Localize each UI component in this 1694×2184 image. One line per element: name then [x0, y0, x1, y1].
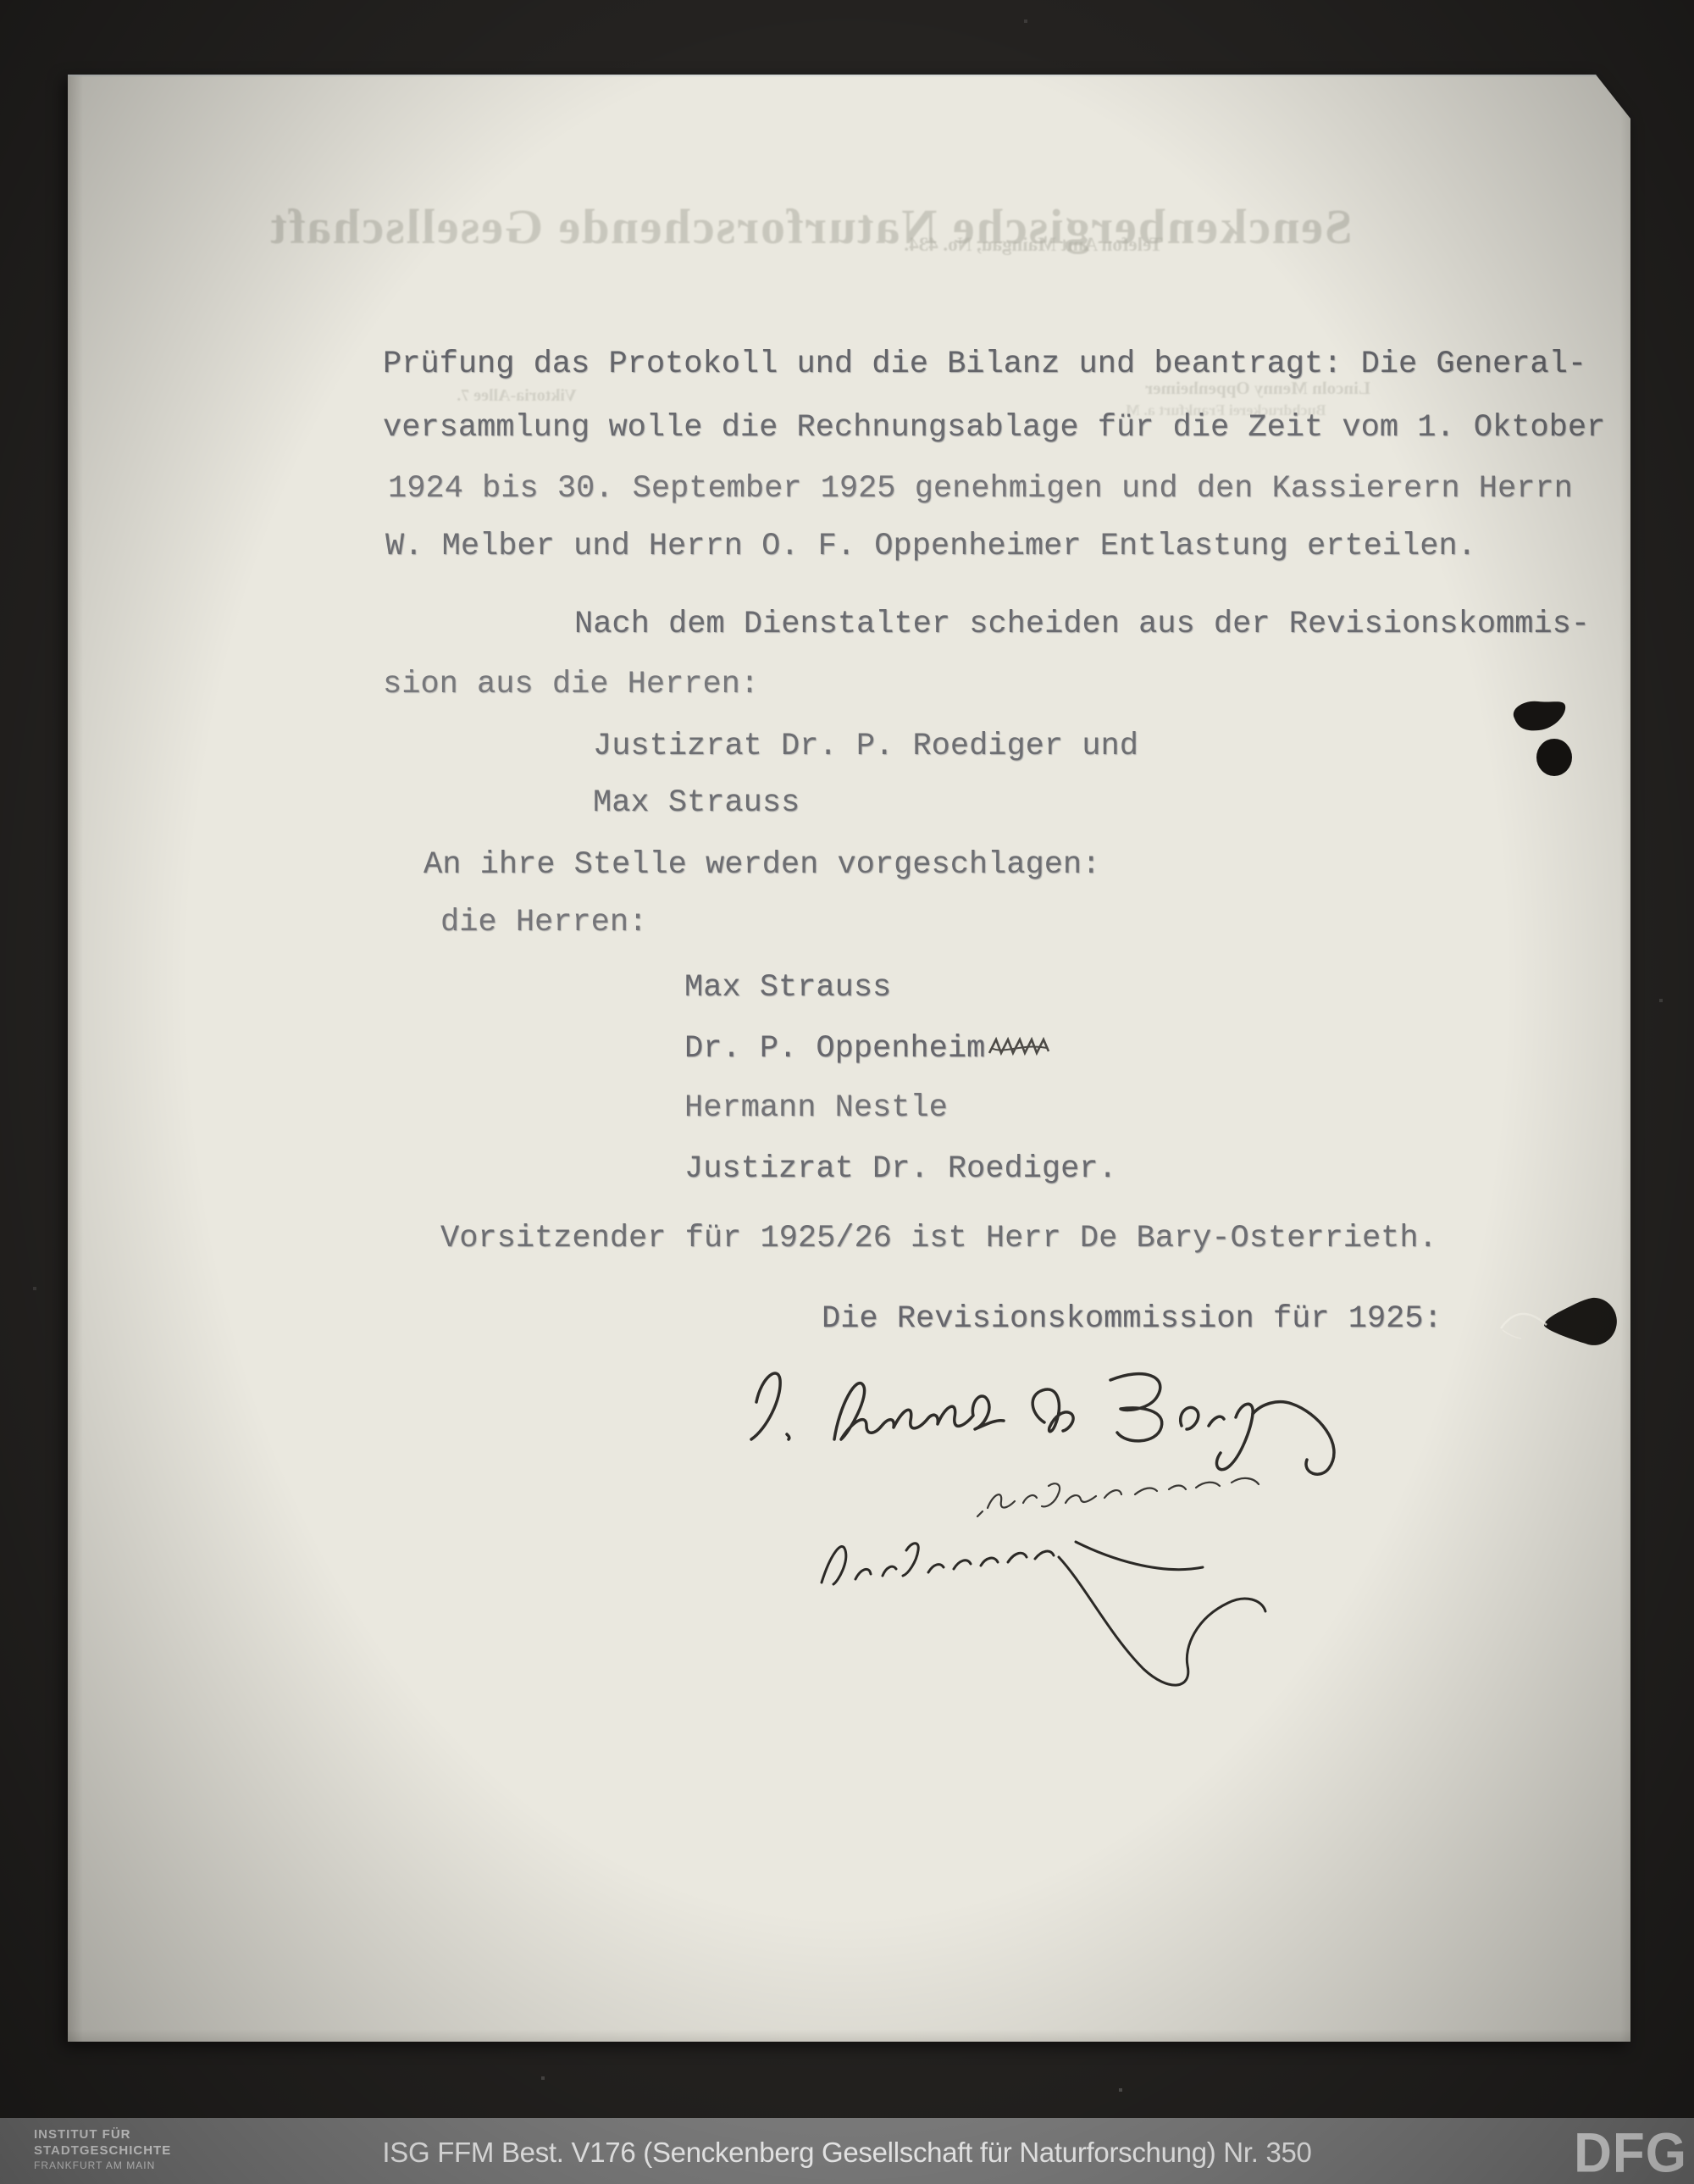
- typed-line-9: An ihre Stelle werden vorgeschlagen:: [423, 850, 1100, 881]
- typed-line-8: Max Strauss: [593, 788, 800, 819]
- bleedthrough-fragment-address: Viktoria-Allee 7.: [423, 386, 610, 406]
- typed-line-11: Max Strauss: [684, 973, 891, 1004]
- typed-line-7: Justizrat Dr. P. Roediger und: [593, 731, 1138, 762]
- document-page-wrap: Senckenbergische Naturforschende Gesells…: [68, 75, 1630, 2042]
- typed-line-2: versammlung wolle die Rechnungsablage fü…: [383, 413, 1605, 444]
- punch-hole-bottom: [1472, 1291, 1650, 1359]
- dust-specks: [0, 0, 2, 2]
- signature-third: [805, 1508, 1313, 1711]
- typed-line-5: Nach dem Dienstalter scheiden aus der Re…: [574, 609, 1590, 640]
- typed-line-16: Die Revisionskommission für 1925:: [822, 1304, 1442, 1335]
- typed-line-1: Prüfung das Protokoll und die Bilanz und…: [383, 349, 1586, 380]
- typed-line-3: 1924 bis 30. September 1925 genehmigen u…: [388, 474, 1573, 505]
- typed-line-15: Vorsitzender für 1925/26 ist Herr De Bar…: [440, 1223, 1437, 1255]
- punch-hole-tear-top: [1508, 695, 1570, 734]
- typed-line-10: die Herren:: [440, 907, 647, 939]
- footer-bar: INSTITUT FÜR STADTGESCHICHTE FRANKFURT A…: [0, 2118, 1694, 2184]
- strikeout-scribble: [988, 1036, 1050, 1058]
- bleedthrough-phone-line: Telefon Amt Maingau, No. 434.: [779, 234, 1287, 256]
- document-page: Senckenbergische Naturforschende Gesells…: [68, 75, 1630, 2042]
- typed-line-13: Hermann Nestle: [684, 1093, 948, 1124]
- punch-hole-top: [1536, 739, 1572, 776]
- typed-line-6: sion aus die Herren:: [383, 669, 759, 701]
- typed-line-4: W. Melber und Herrn O. F. Oppenheimer En…: [385, 531, 1476, 563]
- dfg-logo: DFG: [1574, 2121, 1687, 2184]
- scan-background: Senckenbergische Naturforschende Gesells…: [0, 0, 1694, 2184]
- typed-line-14: Justizrat Dr. Roediger.: [684, 1154, 1117, 1185]
- typed-line-12: Dr. P. Oppenheim: [684, 1034, 1050, 1065]
- archive-caption: ISG FFM Best. V176 (Senckenberg Gesellsc…: [0, 2137, 1694, 2169]
